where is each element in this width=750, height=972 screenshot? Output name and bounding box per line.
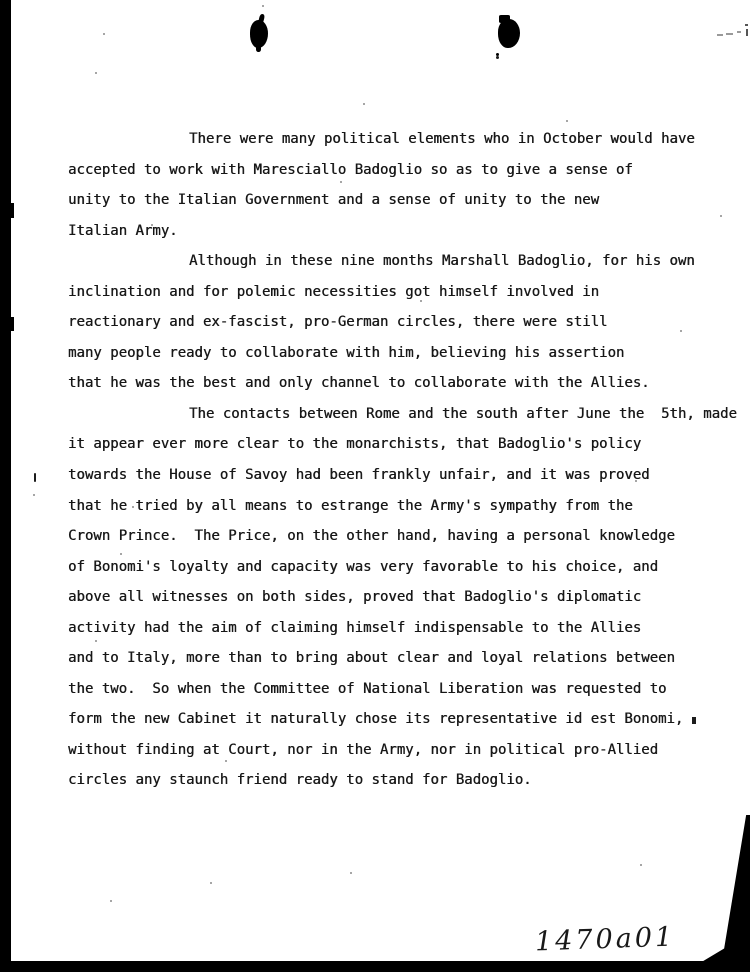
typed-line: Crown Prince. The Price, on the other ha… — [68, 521, 728, 552]
typed-line: that he tried by all means to estrange t… — [68, 491, 728, 522]
scan-edge-nub — [11, 203, 14, 218]
hole-punch-mark-left — [250, 20, 268, 48]
typed-line: form the new Cabinet it naturally chose … — [68, 704, 728, 735]
typed-line: many people ready to collaborate with hi… — [68, 338, 728, 369]
scan-noise-dot — [33, 494, 35, 496]
scan-edge-nub — [11, 317, 14, 331]
typed-line: without finding at Court, nor in the Arm… — [68, 735, 728, 766]
typed-line: circles any staunch friend ready to stan… — [68, 765, 728, 796]
handwritten-archive-number: 1470a01 — [535, 922, 676, 958]
typed-line: The contacts between Rome and the south … — [68, 399, 728, 430]
typed-line: the two. So when the Committee of Nation… — [68, 674, 728, 705]
pencil-dash-mark — [726, 33, 733, 35]
typed-line: of Bonomi's loyalty and capacity was ver… — [68, 552, 728, 583]
typed-line: that he was the best and only channel to… — [68, 368, 728, 399]
scan-noise-dot — [350, 872, 352, 874]
ink-speck — [496, 56, 499, 59]
pencil-dash-mark — [717, 34, 723, 36]
scan-edge-corner-wedge — [695, 815, 750, 972]
scan-edge-bottom-strip — [0, 961, 750, 972]
scan-edge-left-strip — [0, 0, 11, 972]
scan-noise-dot — [103, 33, 105, 35]
typed-line: accepted to work with Maresciallo Badogl… — [68, 155, 728, 186]
scan-noise-dot — [110, 900, 112, 902]
typed-line: activity had the aim of claiming himself… — [68, 613, 728, 644]
scan-noise-dot — [640, 864, 642, 866]
typed-line: towards the House of Savoy had been fran… — [68, 460, 728, 491]
typed-line: and to Italy, more than to bring about c… — [68, 643, 728, 674]
typed-text-body: There were many political elements who i… — [68, 124, 728, 796]
typed-line: reactionary and ex-fascist, pro-German c… — [68, 307, 728, 338]
scan-noise-dot — [566, 120, 568, 122]
hole-punch-mark-right — [498, 19, 520, 48]
scan-noise-dot — [95, 72, 97, 74]
pencil-dash-mark — [745, 24, 748, 26]
typed-line: inclination and for polemic necessities … — [68, 277, 728, 308]
margin-ink-tick — [34, 473, 36, 482]
scan-noise-dot — [363, 103, 365, 105]
typed-line: unity to the Italian Government and a se… — [68, 185, 728, 216]
typed-line: Italian Army. — [68, 216, 728, 247]
typed-line: There were many political elements who i… — [68, 124, 728, 155]
scanned-document-page: There were many political elements who i… — [0, 0, 750, 972]
pencil-dash-mark — [737, 31, 741, 33]
typed-line: above all witnesses on both sides, prove… — [68, 582, 728, 613]
scan-noise-dot — [262, 5, 264, 7]
typed-line: Although in these nine months Marshall B… — [68, 246, 728, 277]
scan-noise-dot — [210, 882, 212, 884]
typed-line: it appear ever more clear to the monarch… — [68, 429, 728, 460]
pencil-dash-mark — [746, 29, 748, 36]
